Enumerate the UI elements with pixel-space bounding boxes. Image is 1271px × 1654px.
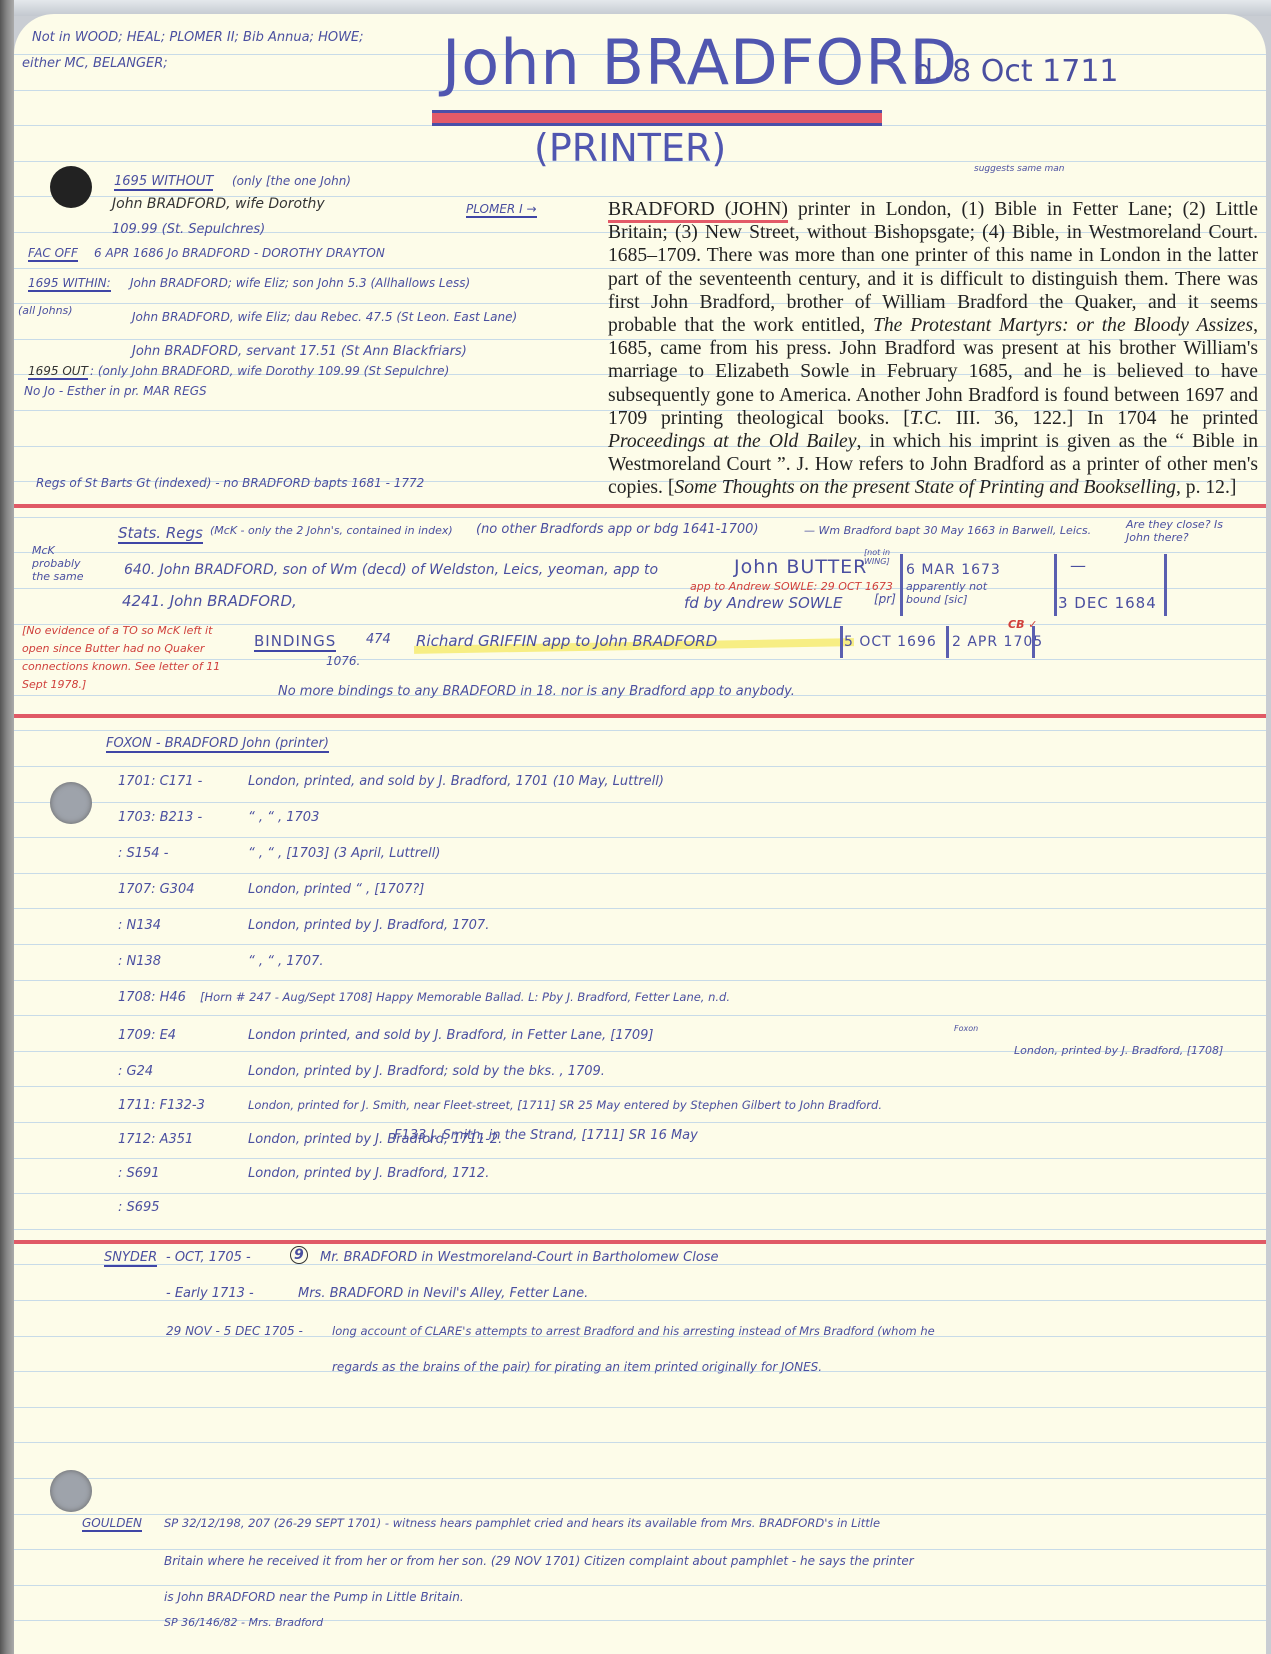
census-note: 6 APR 1686 Jo BRADFORD - DOROTHY DRAYTON [94, 246, 385, 260]
bindings-label: BINDINGS [254, 632, 336, 652]
table-divider [840, 626, 843, 658]
section-divider [14, 504, 1266, 508]
snyder-label: SNYDER [104, 1250, 157, 1267]
binder-edge [0, 0, 14, 1654]
red-note: app to Andrew SOWLE: 29 OCT 1673 [690, 580, 893, 593]
circled-number: 9 [290, 1246, 308, 1264]
census-note: John BRADFORD, wife Dorothy [112, 196, 325, 212]
bindings-num: 1076. [326, 654, 360, 668]
ruled-line [14, 1229, 1266, 1230]
goulden-line: is John BRADFORD near the Pump in Little… [164, 1590, 464, 1604]
stats-entry: fd by Andrew SOWLE [684, 594, 842, 612]
foxon-entry: London, printed “ , [1707?] [248, 882, 424, 897]
plomer-ref: PLOMER I → [466, 202, 537, 218]
foxon-ref: : S691 [118, 1166, 160, 1181]
ruled-line [14, 1478, 1266, 1479]
foxon-ref: : N134 [118, 918, 161, 933]
census-note: 109.99 (St. Sepulchres) [112, 222, 265, 237]
foxon-ref: 1708: H46 [118, 990, 186, 1005]
stats-regs-label: Stats. Regs [118, 524, 203, 544]
either-note: either MC, BELANGER; [22, 56, 168, 71]
punch-hole [50, 166, 92, 208]
table-divider [1032, 626, 1035, 658]
flag: [not in WING] [864, 548, 898, 566]
goulden-line: SP 32/12/198, 207 (26-29 SEPT 1701) - wi… [164, 1516, 880, 1530]
goulden-line: SP 36/146/82 - Mrs. Bradford [164, 1616, 323, 1629]
date-cell: 6 MAR 1673 [906, 562, 1001, 578]
ruled-line [14, 588, 1266, 589]
table-divider [1164, 554, 1167, 616]
ruled-line [14, 1086, 1266, 1087]
snyder-entry: long account of CLARE's attempts to arre… [332, 1324, 935, 1338]
death-date: d. 8 Oct 1711 [914, 54, 1119, 89]
foxon-ref: 1709: E4 [118, 1028, 176, 1043]
snyder-entry: Mrs. BRADFORD in Nevil's Alley, Fetter L… [298, 1286, 588, 1301]
foxon-entry: London, printed for J. Smith, near Fleet… [248, 1098, 882, 1112]
foxon-aside-label: Foxon [954, 1024, 978, 1033]
plomer-entry: BRADFORD (JOHN) printer in London, (1) B… [608, 198, 1258, 500]
ruled-line [14, 1442, 1266, 1443]
census-label: 1695 OUT [28, 364, 88, 380]
date-cell: 5 OCT 1696 [844, 634, 937, 650]
ruled-line [14, 1407, 1266, 1408]
ruled-line [14, 766, 1266, 767]
foxon-entry: [Horn # 247 - Aug/Sept 1708] Happy Memor… [200, 990, 730, 1004]
goulden-label: GOULDEN [82, 1516, 142, 1532]
f133-note: F133 J. Smith, in the Strand, [1711] SR … [394, 1128, 698, 1143]
snyder-date: - Early 1713 - [166, 1286, 254, 1301]
entry-text: III. 36, 122.] In 1704 he printed [942, 408, 1258, 429]
census-note: John BRADFORD; wife Eliz; son John 5.3 (… [130, 276, 470, 290]
foxon-ref: 1707: G304 [118, 882, 194, 897]
table-divider [946, 626, 949, 658]
ruled-line [14, 1193, 1266, 1194]
census-label: 1695 WITHIN: [28, 276, 111, 292]
census-note: John BRADFORD, wife Eliz; dau Rebec. 47.… [132, 310, 517, 324]
stats-entry: 640. John BRADFORD, son of Wm (decd) of … [124, 562, 658, 578]
regs-note: Regs of St Barts Gt (indexed) - no BRADF… [36, 476, 424, 490]
page-title: John BRADFORD [442, 26, 958, 99]
foxon-ref: 1711: F132-3 [118, 1098, 205, 1113]
ruled-line [14, 837, 1266, 838]
foxon-entry: London, printed by J. Bradford, 1707. [248, 918, 489, 933]
wm-note: — Wm Bradford bapt 30 May 1663 in Barwel… [804, 524, 1091, 537]
ruled-line [14, 1158, 1266, 1159]
bindings-entry: Richard GRIFFIN app to John BRADFORD [416, 632, 717, 650]
page-subtitle: (PRINTER) [534, 126, 726, 170]
bindings-num: 474 [366, 632, 391, 647]
ruled-line [14, 1585, 1266, 1586]
foxon-aside: London, printed by J. Bradford, [1708] [1014, 1044, 1223, 1057]
foxon-ref: 1712: A351 [118, 1132, 193, 1147]
census-note: (only [the one John) [232, 174, 351, 188]
no-more-note: No more bindings to any BRADFORD in 18. … [278, 684, 795, 699]
date-cell: apparently not bound [sic] [906, 580, 1016, 606]
ruled-line [14, 802, 1266, 803]
entry-text: , p. 12.] [1176, 477, 1236, 498]
foxon-ref: 1703: B213 - [118, 810, 202, 825]
ruled-line [14, 908, 1266, 909]
stats-regs-note: (McK - only the 2 John's, contained in i… [210, 524, 453, 537]
snyder-entry: regards as the brains of the pair) for p… [332, 1360, 822, 1374]
entry-italic: The Protestant Martyrs: or the Bloody As… [873, 315, 1253, 336]
stats-entry: 4241. John BRADFORD, [122, 592, 297, 610]
foxon-ref: : G24 [118, 1064, 153, 1079]
date-cell: 3 DEC 1684 [1058, 594, 1157, 612]
census-label: (all Johns) [18, 304, 73, 317]
not-in-note: Not in WOOD; HEAL; PLOMER II; Bib Annua;… [32, 30, 364, 45]
census-note: No Jo - Esther in pr. MAR REGS [24, 384, 207, 398]
foxon-entry: London, printed by J. Bradford, 1712. [248, 1166, 489, 1181]
notebook-page: Not in WOOD; HEAL; PLOMER II; Bib Annua;… [14, 14, 1266, 1654]
goulden-line: Britain where he received it from her or… [164, 1554, 914, 1568]
foxon-ref: 1701: C171 - [118, 774, 202, 789]
snyder-entry: Mr. BRADFORD in Westmoreland-Court in Ba… [320, 1250, 719, 1265]
census-label: FAC OFF [28, 246, 78, 262]
ruled-line [14, 730, 1266, 731]
ruled-line [14, 1015, 1266, 1016]
flag: [pr] [874, 592, 896, 606]
foxon-ref: : S695 [118, 1200, 160, 1215]
foxon-ref: : N138 [118, 954, 161, 969]
snyder-date: 29 NOV - 5 DEC 1705 - [166, 1324, 303, 1338]
ruled-line [14, 1514, 1266, 1515]
title-underline [432, 110, 882, 126]
date-cell: 2 APR 1705 [952, 634, 1043, 650]
foxon-entry: London, printed by J. Bradford; sold by … [248, 1064, 605, 1079]
snyder-date: - OCT, 1705 - [166, 1250, 251, 1265]
entry-italic: Proceedings at the Old Bailey [608, 431, 856, 452]
master-name: John BUTTER [734, 556, 867, 578]
entry-italic: Some Thoughts on the present State of Pr… [674, 477, 1176, 498]
ruled-line [14, 1549, 1266, 1550]
table-divider [900, 554, 903, 616]
ruled-line [14, 552, 1266, 553]
date-cell: — [1070, 556, 1086, 575]
suggests-note: suggests same man [974, 164, 1064, 174]
foxon-heading: FOXON - BRADFORD John (printer) [106, 736, 329, 753]
foxon-entry: “ , “ , 1707. [248, 954, 323, 969]
entry-italic: T.C. [910, 408, 942, 429]
punch-hole [50, 782, 92, 824]
section-divider [14, 714, 1266, 718]
foxon-entry: London, printed, and sold by J. Bradford… [248, 774, 664, 789]
census-note: : (only John BRADFORD, wife Dorothy 109.… [90, 364, 449, 378]
entry-head: BRADFORD (JOHN) [608, 199, 788, 223]
ruled-line [14, 873, 1266, 874]
census-note: John BRADFORD, servant 17.51 (St Ann Bla… [132, 344, 467, 359]
foxon-entry: “ , “ , 1703 [248, 810, 319, 825]
ruled-line [14, 517, 1266, 518]
foxon-entry: “ , “ , [1703] (3 April, Luttrell) [248, 846, 440, 861]
table-divider [1054, 554, 1057, 616]
stats-regs-note: (no other Bradfords app or bdg 1641-1700… [476, 522, 759, 537]
foxon-ref: : S154 - [118, 846, 168, 861]
red-margin-note: [No evidence of a TO so McK left it open… [22, 622, 242, 694]
question-note: Are they close? Is John there? [1126, 518, 1226, 544]
margin-note: McK probably the same [32, 544, 102, 583]
ruled-line [14, 1122, 1266, 1123]
section-divider [14, 1240, 1266, 1244]
ruled-line [14, 944, 1266, 945]
foxon-entry: London printed, and sold by J. Bradford,… [248, 1028, 654, 1043]
punch-hole [50, 1470, 92, 1512]
ruled-line [14, 980, 1266, 981]
census-label: 1695 WITHOUT [114, 174, 213, 191]
